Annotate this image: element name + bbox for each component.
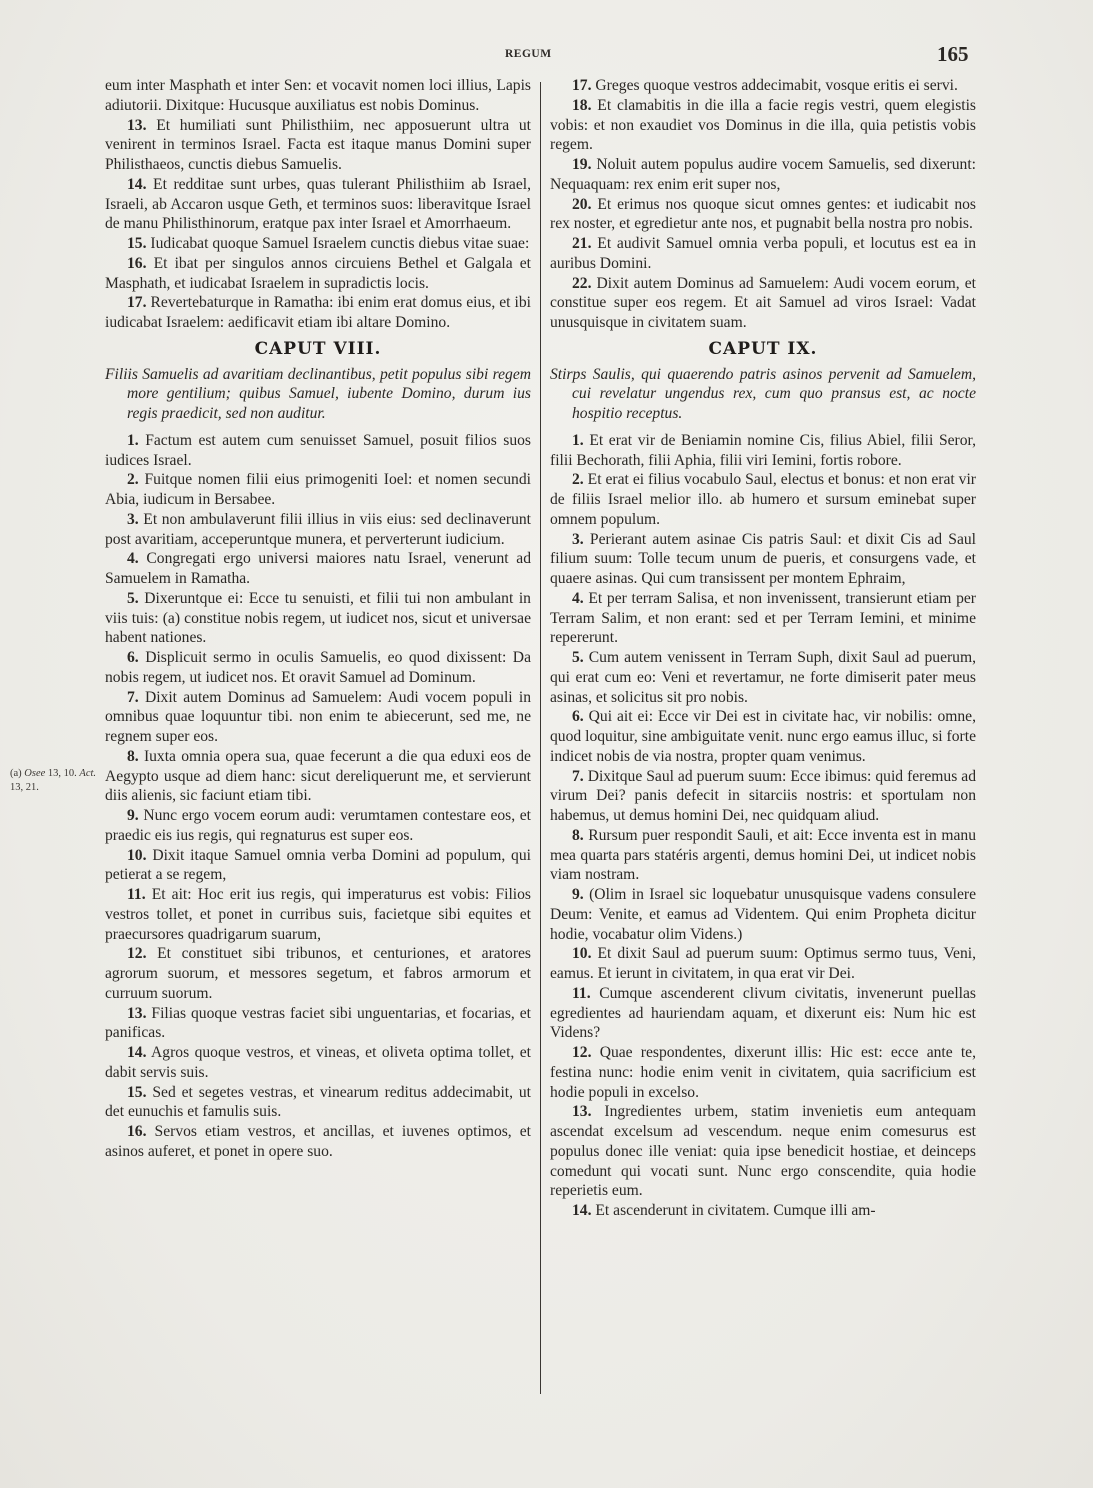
verse-number: 6. bbox=[127, 649, 139, 666]
verse-number: 3. bbox=[127, 511, 139, 528]
verse: 17. Revertebaturque in Ramatha: ibi enim… bbox=[105, 293, 531, 333]
verse: 13. Et humiliati sunt Philisthiim, nec a… bbox=[105, 116, 531, 175]
verse-number: 19. bbox=[572, 156, 592, 173]
verse-text: Greges quoque vestros addecimabit, vosqu… bbox=[595, 77, 957, 94]
verse-text: Iuxta omnia opera sua, quae fecerunt a d… bbox=[105, 748, 531, 805]
verse-number: 2. bbox=[572, 471, 584, 488]
verse: 16. Et ibat per singulos annos circuiens… bbox=[105, 254, 531, 294]
verse-number: 5. bbox=[127, 590, 139, 607]
verse-text: Dixit autem Dominus ad Samuelem: Audi vo… bbox=[550, 275, 976, 332]
note-ref-book: Osee bbox=[24, 768, 45, 779]
chapter-8-verses-continued: 17. Greges quoque vestros addecimabit, v… bbox=[550, 76, 976, 333]
verse-text: Agros quoque vestros, et vineas, et oliv… bbox=[105, 1044, 531, 1081]
verse-number: 11. bbox=[572, 985, 591, 1002]
verse-text: Dixitque Saul ad puerum suum: Ecce ibimu… bbox=[550, 768, 976, 825]
verse-number: 17. bbox=[127, 294, 147, 311]
verse-text: Et humiliati sunt Philisthiim, nec appos… bbox=[105, 117, 531, 174]
verse-number: 7. bbox=[127, 689, 139, 706]
verse: 4. Et per terram Salisa, et non inveniss… bbox=[550, 589, 976, 648]
verse-text: Et erat vir de Beniamin nomine Cis, fili… bbox=[550, 432, 976, 469]
verse-number: 5. bbox=[572, 649, 584, 666]
verse-number: 12. bbox=[127, 945, 147, 962]
chapter-heading: CAPUT VIII. bbox=[105, 340, 531, 360]
left-column: eum inter Masphath et inter Sen: et voca… bbox=[105, 76, 531, 1162]
verse-number: 22. bbox=[572, 275, 592, 292]
verse: 12. Quae respondentes, dixerunt illis: H… bbox=[550, 1043, 976, 1102]
verse-number: 14. bbox=[127, 176, 147, 193]
verse-number: 10. bbox=[572, 945, 592, 962]
verse: 22. Dixit autem Dominus ad Samuelem: Aud… bbox=[550, 274, 976, 333]
running-title: REGUM bbox=[505, 48, 552, 60]
note-marker: (a) bbox=[10, 768, 22, 779]
verse: 11. Cumque ascenderent clivum civitatis,… bbox=[550, 984, 976, 1043]
verse-number: 18. bbox=[572, 97, 592, 114]
verse-text: Et ait: Hoc erit ius regis, qui imperatu… bbox=[105, 886, 531, 943]
verse-number: 7. bbox=[572, 768, 584, 785]
verse-text: Et non ambulaverunt filii illius in viis… bbox=[105, 511, 531, 548]
verse-text: Et erimus nos quoque sicut omnes gentes:… bbox=[550, 196, 976, 233]
verse-number: 1. bbox=[572, 432, 584, 449]
verse-text: Cum autem venissent in Terram Suph, dixi… bbox=[550, 649, 976, 706]
verse-text: Et dixit Saul ad puerum suum: Optimus se… bbox=[550, 945, 976, 982]
verse-text: Et redditae sunt urbes, quas tulerant Ph… bbox=[105, 176, 531, 233]
verse: 19. Noluit autem populus audire vocem Sa… bbox=[550, 155, 976, 195]
verse: 10. Et dixit Saul ad puerum suum: Optimu… bbox=[550, 944, 976, 984]
verse-number: 13. bbox=[127, 1005, 147, 1022]
verse-number: 3. bbox=[572, 531, 584, 548]
verse-number: 10. bbox=[127, 847, 147, 864]
verse: 20. Et erimus nos quoque sicut omnes gen… bbox=[550, 195, 976, 235]
verse: 14. Et ascenderunt in civitatem. Cumque … bbox=[550, 1201, 976, 1221]
verse-number: 14. bbox=[572, 1202, 592, 1219]
verse-text: Dixeruntque ei: Ecce tu senuisti, et fil… bbox=[105, 590, 531, 647]
chapter-summary: Stirps Saulis, qui quaerendo patris asin… bbox=[550, 365, 976, 424]
verse-number: 20. bbox=[572, 196, 592, 213]
verse-text: Et clamabitis in die illa a facie regis … bbox=[550, 97, 976, 154]
verse-text: Qui ait ei: Ecce vir Dei est in civitate… bbox=[550, 708, 976, 765]
verse-text: Congregati ergo universi maiores natu Is… bbox=[105, 550, 531, 587]
verse-text: Filias quoque vestras faciet sibi unguen… bbox=[105, 1005, 531, 1042]
verse: 13. Filias quoque vestras faciet sibi un… bbox=[105, 1004, 531, 1044]
verse: 9. (Olim in Israel sic loquebatur unusqu… bbox=[550, 885, 976, 944]
chapter-7-verses: 13. Et humiliati sunt Philisthiim, nec a… bbox=[105, 116, 531, 333]
right-column: 17. Greges quoque vestros addecimabit, v… bbox=[550, 76, 976, 1221]
verse: 1. Et erat vir de Beniamin nomine Cis, f… bbox=[550, 431, 976, 471]
verse: 2. Fuitque nomen filii eius primogeniti … bbox=[105, 470, 531, 510]
verse-text: Et ibat per singulos annos circuiens Bet… bbox=[105, 255, 531, 292]
verse-text: Factum est autem cum senuisset Samuel, p… bbox=[105, 432, 531, 469]
page-number: 165 bbox=[937, 42, 969, 67]
verse-number: 15. bbox=[127, 235, 147, 252]
verse-text: Et per terram Salisa, et non invenissent… bbox=[550, 590, 976, 647]
verse-text: Ingredientes urbem, statim invenietis eu… bbox=[550, 1103, 976, 1199]
verse-text: Perierant autem asinae Cis patris Saul: … bbox=[550, 531, 976, 588]
verse-text: Dixit itaque Samuel omnia verba Domini a… bbox=[105, 847, 531, 884]
verse-number: 8. bbox=[127, 748, 139, 765]
note-ref-location: 13, 10. bbox=[48, 768, 77, 779]
verse-text: Revertebaturque in Ramatha: ibi enim era… bbox=[105, 294, 531, 331]
verse-number: 11. bbox=[127, 886, 146, 903]
verse-text: Rursum puer respondit Sauli, et ait: Ecc… bbox=[550, 827, 976, 884]
verse: 16. Servos etiam vestros, et ancillas, e… bbox=[105, 1122, 531, 1162]
verse: 12. Et constituet sibi tribunos, et cent… bbox=[105, 944, 531, 1003]
verse-number: 21. bbox=[572, 235, 592, 252]
note-ref-book: Act. bbox=[79, 768, 96, 779]
verse-number: 2. bbox=[127, 471, 139, 488]
verse: 21. Et audivit Samuel omnia verba populi… bbox=[550, 234, 976, 274]
verse-number: 16. bbox=[127, 255, 147, 272]
verse: 6. Qui ait ei: Ecce vir Dei est in civit… bbox=[550, 707, 976, 766]
verse: 13. Ingredientes urbem, statim invenieti… bbox=[550, 1102, 976, 1201]
verse: 18. Et clamabitis in die illa a facie re… bbox=[550, 96, 976, 155]
verse-text: Quae respondentes, dixerunt illis: Hic e… bbox=[550, 1044, 976, 1101]
verse-text: Cumque ascenderent clivum civitatis, inv… bbox=[550, 985, 976, 1042]
verse: 3. Et non ambulaverunt filii illius in v… bbox=[105, 510, 531, 550]
chapter-heading: CAPUT IX. bbox=[550, 340, 976, 360]
verse: 4. Congregati ergo universi maiores natu… bbox=[105, 549, 531, 589]
verse-text: Et ascenderunt in civitatem. Cumque illi… bbox=[595, 1202, 875, 1219]
verse-text: Servos etiam vestros, et ancillas, et iu… bbox=[105, 1123, 531, 1160]
verse: 15. Sed et segetes vestras, et vinearum … bbox=[105, 1083, 531, 1123]
book-page: REGUM 165 eum inter Masphath et inter Se… bbox=[0, 0, 1093, 1488]
verse-number: 13. bbox=[572, 1103, 592, 1120]
verse: 8. Iuxta omnia opera sua, quae fecerunt … bbox=[105, 747, 531, 806]
verse-text: Noluit autem populus audire vocem Samuel… bbox=[550, 156, 976, 193]
verse: 5. Dixeruntque ei: Ecce tu senuisti, et … bbox=[105, 589, 531, 648]
verse-number: 13. bbox=[127, 117, 147, 134]
verse-number: 4. bbox=[572, 590, 584, 607]
verse-text: Et erat ei filius vocabulo Saul, electus… bbox=[550, 471, 976, 528]
verse: 11. Et ait: Hoc erit ius regis, qui impe… bbox=[105, 885, 531, 944]
verse: 15. Iudicabat quoque Samuel Israelem cun… bbox=[105, 234, 531, 254]
verse-text: Fuitque nomen filii eius primogeniti Ioe… bbox=[105, 471, 531, 508]
verse: 1. Factum est autem cum senuisset Samuel… bbox=[105, 431, 531, 471]
verse-number: 14. bbox=[127, 1044, 147, 1061]
verse-number: 6. bbox=[572, 708, 584, 725]
verse: 7. Dixit autem Dominus ad Samuelem: Audi… bbox=[105, 688, 531, 747]
verse-text: (Olim in Israel sic loquebatur unusquisq… bbox=[550, 886, 976, 943]
verse: 9. Nunc ergo vocem eorum audi: verumtame… bbox=[105, 806, 531, 846]
margin-reference-note: (a) Osee 13, 10. Act. 13, 21. bbox=[10, 767, 102, 794]
chapter-8-verses: 1. Factum est autem cum senuisset Samuel… bbox=[105, 431, 531, 1162]
verse-number: 16. bbox=[127, 1123, 147, 1140]
verse: 8. Rursum puer respondit Sauli, et ait: … bbox=[550, 826, 976, 885]
verse: 17. Greges quoque vestros addecimabit, v… bbox=[550, 76, 976, 96]
verse-number: 9. bbox=[572, 886, 584, 903]
verse-number: 8. bbox=[572, 827, 584, 844]
verse-number: 4. bbox=[127, 550, 139, 567]
verse: 6. Displicuit sermo in oculis Samuelis, … bbox=[105, 648, 531, 688]
verse-text: Nunc ergo vocem eorum audi: verumtamen c… bbox=[105, 807, 531, 844]
verse-text: Dixit autem Dominus ad Samuelem: Audi vo… bbox=[105, 689, 531, 746]
verse: 14. Et redditae sunt urbes, quas tuleran… bbox=[105, 175, 531, 234]
verse: 2. Et erat ei filius vocabulo Saul, elec… bbox=[550, 470, 976, 529]
verse-number: 17. bbox=[572, 77, 592, 94]
verse: 5. Cum autem venissent in Terram Suph, d… bbox=[550, 648, 976, 707]
note-ref-location: 13, 21. bbox=[10, 782, 39, 793]
verse-continuation: eum inter Masphath et inter Sen: et voca… bbox=[105, 76, 531, 116]
verse: 14. Agros quoque vestros, et vineas, et … bbox=[105, 1043, 531, 1083]
verse-text: Et audivit Samuel omnia verba populi, et… bbox=[550, 235, 976, 272]
verse-text: Et constituet sibi tribunos, et centurio… bbox=[105, 945, 531, 1002]
verse-text: Sed et segetes vestras, et vinearum redi… bbox=[105, 1084, 531, 1121]
column-divider bbox=[540, 82, 541, 1394]
verse-text: Iudicabat quoque Samuel Israelem cunctis… bbox=[150, 235, 529, 252]
verse-text: Displicuit sermo in oculis Samuelis, eo … bbox=[105, 649, 531, 686]
verse: 7. Dixitque Saul ad puerum suum: Ecce ib… bbox=[550, 767, 976, 826]
verse-number: 12. bbox=[572, 1044, 592, 1061]
chapter-9-verses: 1. Et erat vir de Beniamin nomine Cis, f… bbox=[550, 431, 976, 1221]
verse: 3. Perierant autem asinae Cis patris Sau… bbox=[550, 530, 976, 589]
chapter-summary: Filiis Samuelis ad avaritiam declinantib… bbox=[105, 365, 531, 424]
verse: 10. Dixit itaque Samuel omnia verba Domi… bbox=[105, 846, 531, 886]
verse-number: 9. bbox=[127, 807, 139, 824]
verse-number: 15. bbox=[127, 1084, 147, 1101]
verse-number: 1. bbox=[127, 432, 139, 449]
